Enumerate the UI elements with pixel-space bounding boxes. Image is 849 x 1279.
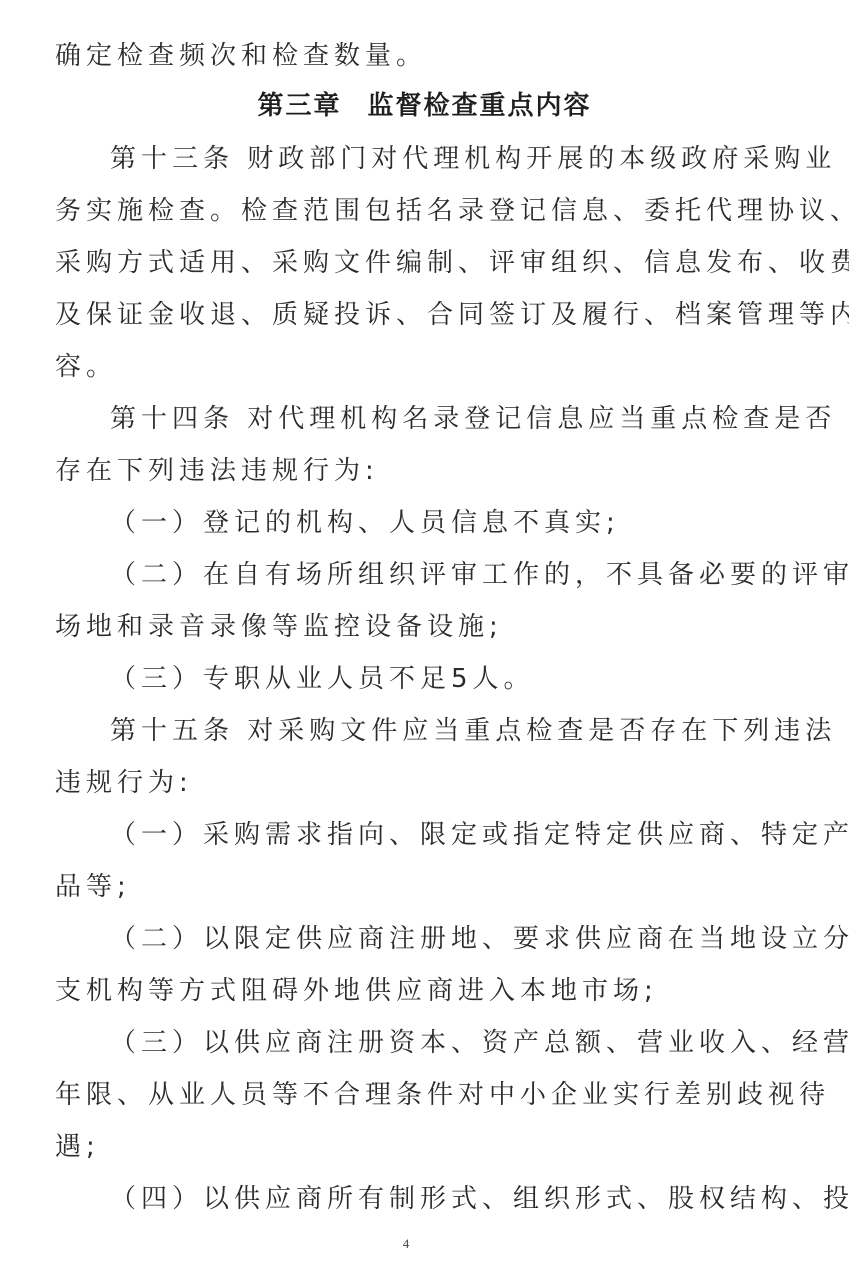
paragraph-line: 年限、从业人员等不合理条件对中小企业实行差别歧视待 [55,1075,795,1115]
document-page: 确定检查频次和检查数量。 第三章监督检查重点内容 第十三条 财政部门对代理机构开… [0,0,849,1279]
paragraph-line: 务实施检查。检查范围包括名录登记信息、委托代理协议、 [55,191,795,231]
list-item: （一）采购需求指向、限定或指定特定供应商、特定产 [110,815,849,855]
paragraph-line: 确定检查频次和检查数量。 [55,36,795,76]
article-label: 第十四条 [110,404,234,434]
paragraph-line: 及保证金收退、质疑投诉、合同签订及履行、档案管理等内 [55,295,795,335]
chapter-number: 第三章 [257,91,341,121]
article-label: 第十五条 [110,716,234,746]
list-item: （一）登记的机构、人员信息不真实; [110,503,849,543]
paragraph-line: 遇; [55,1127,795,1167]
article-15-line: 第十五条 对采购文件应当重点检查是否存在下列违法 [110,711,849,751]
article-text: 对代理机构名录登记信息应当重点检查是否 [247,404,836,434]
list-item: （二）在自有场所组织评审工作的，不具备必要的评审 [110,555,849,595]
article-14-line: 第十四条 对代理机构名录登记信息应当重点检查是否 [110,399,849,439]
article-label: 第十三条 [110,144,234,174]
paragraph-line: 支机构等方式阻碍外地供应商进入本地市场; [55,971,795,1011]
chapter-heading: 第三章监督检查重点内容 [0,86,849,126]
article-13-line: 第十三条 财政部门对代理机构开展的本级政府采购业 [110,139,849,179]
page-number: 4 [0,1236,812,1252]
paragraph-line: 存在下列违法违规行为: [55,451,795,491]
article-text: 对采购文件应当重点检查是否存在下列违法 [247,716,836,746]
paragraph-line: 违规行为: [55,763,795,803]
list-item: （三）专职从业人员不足5人。 [110,659,849,699]
paragraph-line: 场地和录音录像等监控设备设施; [55,607,795,647]
list-item: （三）以供应商注册资本、资产总额、营业收入、经营 [110,1023,849,1063]
list-item: （二）以限定供应商注册地、要求供应商在当地设立分 [110,919,849,959]
paragraph-line: 容。 [55,347,795,387]
paragraph-line: 采购方式适用、采购文件编制、评审组织、信息发布、收费 [55,243,795,283]
list-item: （四）以供应商所有制形式、组织形式、股权结构、投 [110,1179,849,1219]
chapter-title: 监督检查重点内容 [368,91,592,121]
paragraph-line: 品等; [55,867,795,907]
article-text: 财政部门对代理机构开展的本级政府采购业 [247,144,836,174]
